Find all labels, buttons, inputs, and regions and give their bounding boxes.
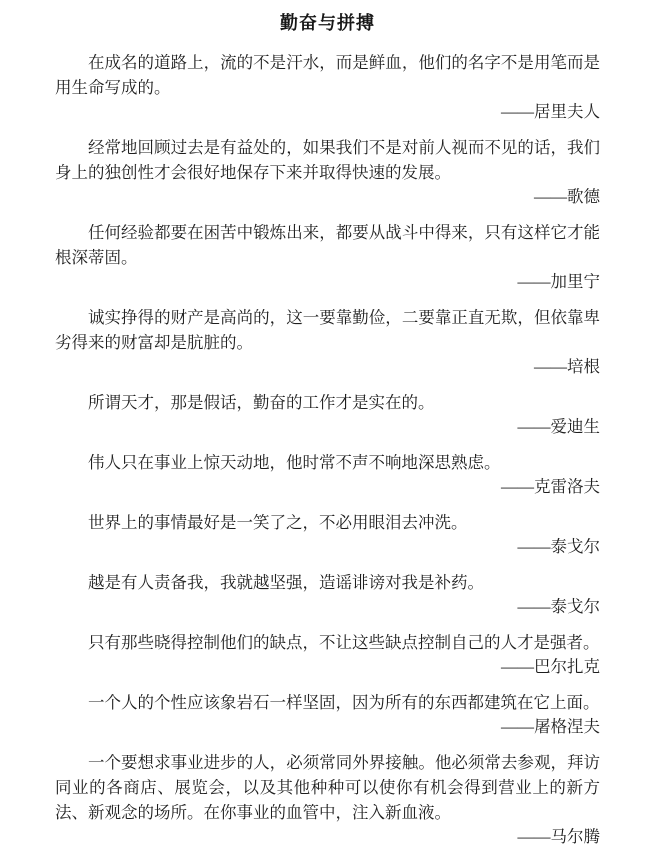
quote-text: 越是有人责备我，我就越坚强，造谣诽谤对我是补药。 xyxy=(55,570,600,595)
quote-block: 在成名的道路上，流的不是汗水，而是鲜血，他们的名字不是用笔而是用生命写成的。 —… xyxy=(55,50,600,123)
quote-attribution: ——歌德 xyxy=(55,185,600,208)
quote-block: 任何经验都要在困苦中锻炼出来，都要从战斗中得来，只有这样它才能根深蒂固。 ——加… xyxy=(55,220,600,293)
quote-text: 一个要想求事业进步的人，必须常同外界接触。他必须常去参观，拜访同业的各商店、展览… xyxy=(55,750,600,825)
quote-attribution: ——爱迪生 xyxy=(55,415,600,438)
quote-text: 诚实挣得的财产是高尚的，这一要靠勤俭，二要靠正直无欺，但依靠卑劣得来的财富却是肮… xyxy=(55,305,600,355)
quote-block: 越是有人责备我，我就越坚强，造谣诽谤对我是补药。 ——泰戈尔 xyxy=(55,570,600,618)
quote-text: 一个人的个性应该象岩石一样坚固，因为所有的东西都建筑在它上面。 xyxy=(55,690,600,715)
quote-text: 在成名的道路上，流的不是汗水，而是鲜血，他们的名字不是用笔而是用生命写成的。 xyxy=(55,50,600,100)
quote-attribution: ——马尔腾 xyxy=(55,825,600,848)
quote-text: 经常地回顾过去是有益处的，如果我们不是对前人视而不见的话，我们身上的独创性才会很… xyxy=(55,135,600,185)
quote-attribution: ——巴尔扎克 xyxy=(55,655,600,678)
quote-attribution: ——屠格涅夫 xyxy=(55,715,600,738)
quote-attribution: ——泰戈尔 xyxy=(55,535,600,558)
quote-attribution: ——泰戈尔 xyxy=(55,595,600,618)
quote-text: 任何经验都要在困苦中锻炼出来，都要从战斗中得来，只有这样它才能根深蒂固。 xyxy=(55,220,600,270)
quote-block: 所谓天才，那是假话，勤奋的工作才是实在的。 ——爱迪生 xyxy=(55,390,600,438)
quote-text: 只有那些晓得控制他们的缺点，不让这些缺点控制自己的人才是强者。 xyxy=(55,630,600,655)
quote-attribution: ——加里宁 xyxy=(55,270,600,293)
quote-attribution: ——克雷洛夫 xyxy=(55,475,600,498)
quote-block: 经常地回顾过去是有益处的，如果我们不是对前人视而不见的话，我们身上的独创性才会很… xyxy=(55,135,600,208)
quote-block: 一个人的个性应该象岩石一样坚固，因为所有的东西都建筑在它上面。 ——屠格涅夫 xyxy=(55,690,600,738)
quote-text: 所谓天才，那是假话，勤奋的工作才是实在的。 xyxy=(55,390,600,415)
document-page: 勤奋与拼搏 在成名的道路上，流的不是汗水，而是鲜血，他们的名字不是用笔而是用生命… xyxy=(0,0,650,850)
quote-block: 只有那些晓得控制他们的缺点，不让这些缺点控制自己的人才是强者。 ——巴尔扎克 xyxy=(55,630,600,678)
quote-block: 世界上的事情最好是一笑了之，不必用眼泪去冲洗。 ——泰戈尔 xyxy=(55,510,600,558)
quote-block: 诚实挣得的财产是高尚的，这一要靠勤俭，二要靠正直无欺，但依靠卑劣得来的财富却是肮… xyxy=(55,305,600,378)
quote-text: 世界上的事情最好是一笑了之，不必用眼泪去冲洗。 xyxy=(55,510,600,535)
quote-block: 伟人只在事业上惊天动地，他时常不声不响地深思熟虑。 ——克雷洛夫 xyxy=(55,450,600,498)
quote-attribution: ——居里夫人 xyxy=(55,100,600,123)
quote-block: 一个要想求事业进步的人，必须常同外界接触。他必须常去参观，拜访同业的各商店、展览… xyxy=(55,750,600,848)
quote-text: 伟人只在事业上惊天动地，他时常不声不响地深思熟虑。 xyxy=(55,450,600,475)
page-title: 勤奋与拼搏 xyxy=(55,12,600,34)
quote-attribution: ——培根 xyxy=(55,355,600,378)
